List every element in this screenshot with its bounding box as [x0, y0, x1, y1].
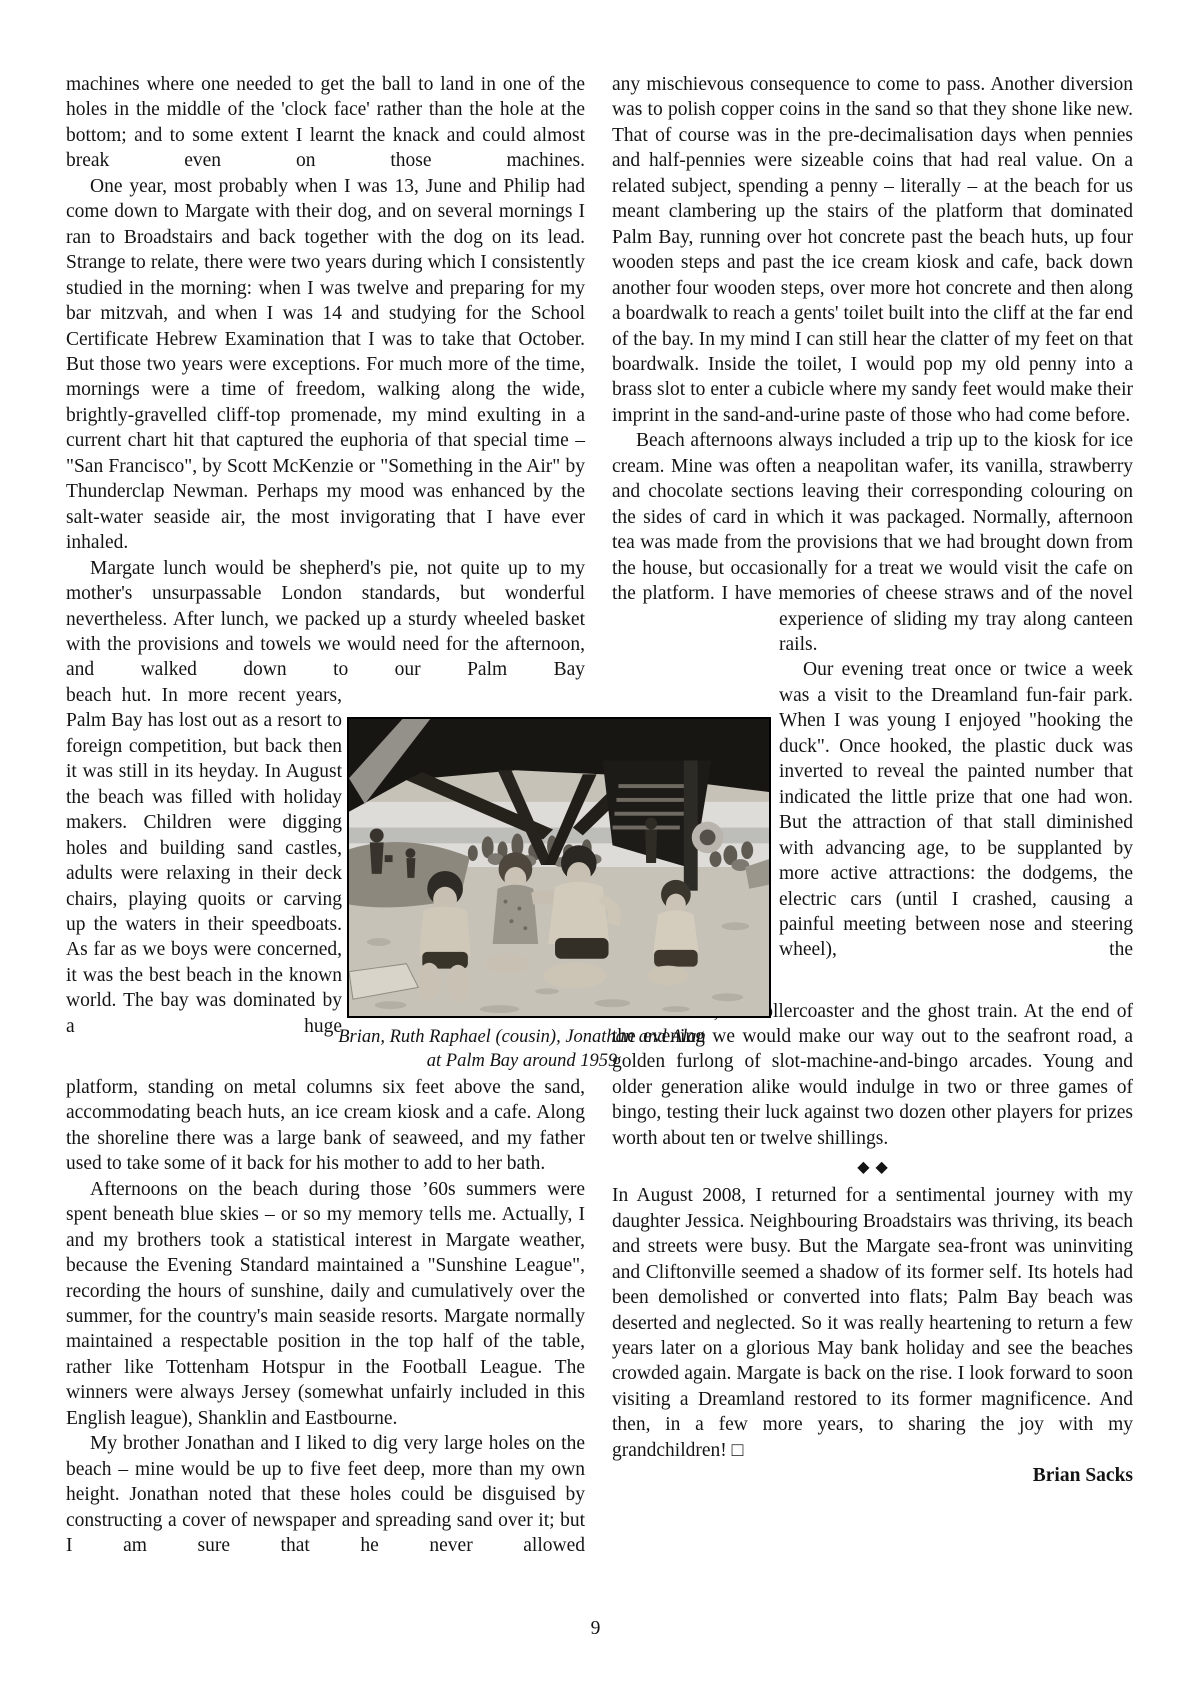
- paragraph: One year, most probably when I was 13, J…: [66, 174, 585, 556]
- paragraph: Margate lunch would be shepherd's pie, n…: [66, 556, 585, 683]
- paragraph-beside-photo: experience of sliding my tray along cant…: [779, 607, 1133, 658]
- paragraph-beside-photo: beach hut. In more recent years, Palm Ba…: [66, 683, 342, 1075]
- paragraph-beside-photo: Our evening treat once or twice a week w…: [779, 657, 1133, 962]
- diamond-separator: ◆◆: [612, 1156, 1133, 1180]
- paragraph: machines where one needed to get the bal…: [66, 72, 585, 174]
- paragraph: My brother Jonathan and I liked to dig v…: [66, 1431, 585, 1558]
- paragraph: platform, standing on metal columns six …: [66, 1075, 585, 1177]
- paragraph: Beach afternoons always included a trip …: [612, 428, 1133, 606]
- paragraph: helter-skelter, the rollercoaster and th…: [612, 999, 1133, 1152]
- beach-photo: [347, 717, 771, 1018]
- author-signature: Brian Sacks: [612, 1463, 1133, 1488]
- photo-caption-line2: at Palm Bay around 1959: [322, 1050, 722, 1074]
- text-wrap-beside-photo: experience of sliding my tray along cant…: [779, 607, 1133, 999]
- photo-caption: Brian, Ruth Raphael (cousin), Jonathan a…: [322, 1026, 722, 1073]
- memoir-page: machines where one needed to get the bal…: [0, 0, 1191, 1684]
- paragraph: any mischievous consequence to come to p…: [612, 72, 1133, 428]
- paragraph: Afternoons on the beach during those ’60…: [66, 1177, 585, 1432]
- beach-photo-illustration: [349, 719, 769, 1016]
- photo-caption-line1: Brian, Ruth Raphael (cousin), Jonathan a…: [322, 1026, 722, 1050]
- page-number: 9: [0, 1616, 1191, 1641]
- paragraph: In August 2008, I returned for a sentime…: [612, 1183, 1133, 1463]
